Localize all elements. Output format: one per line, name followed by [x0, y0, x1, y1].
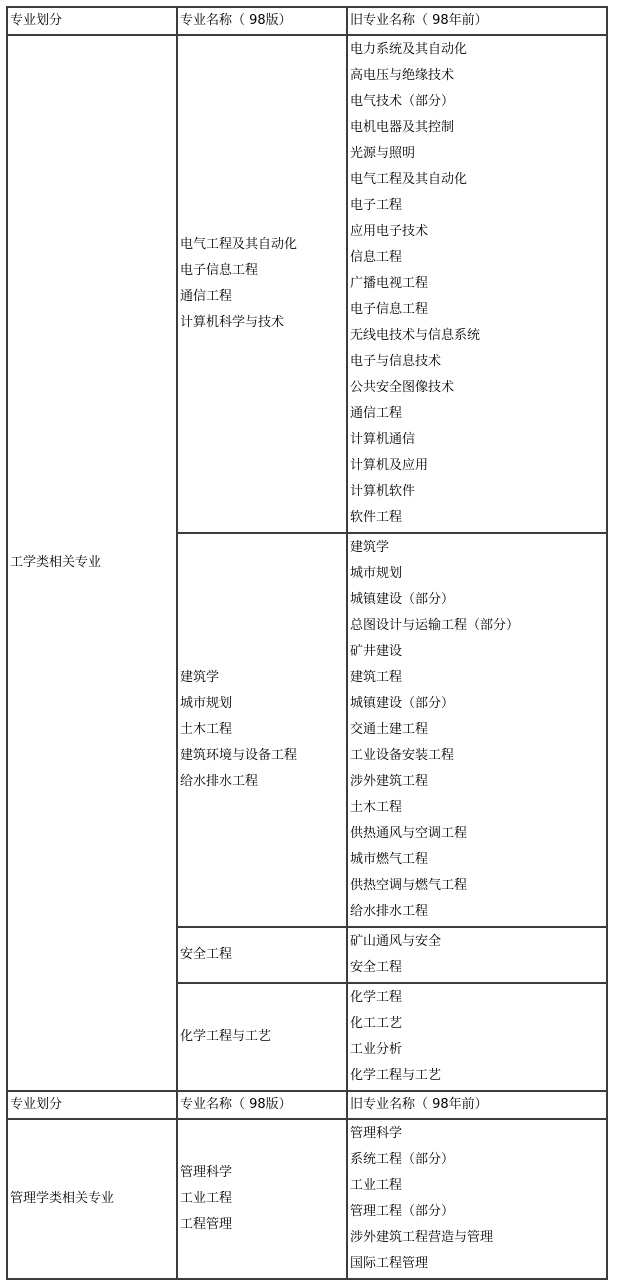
major-line: 应用电子技术 — [350, 219, 604, 245]
major-line: 通信工程 — [180, 284, 344, 310]
major-line: 系统工程（部分） — [350, 1147, 604, 1173]
major-line: 软件工程 — [350, 505, 604, 531]
major-line: 计算机及应用 — [350, 453, 604, 479]
major-line: 管理科学 — [180, 1160, 344, 1186]
major-line: 城市规划 — [180, 691, 344, 717]
major-line: 计算机软件 — [350, 479, 604, 505]
page: 专业划分 专业名称（ 98版） 旧专业名称（ 98年前） 工学类相关专业 电气工… — [0, 0, 624, 1286]
majors-98-cell: 化学工程与工艺 — [177, 983, 347, 1091]
majors-table: 专业划分 专业名称（ 98版） 旧专业名称（ 98年前） 工学类相关专业 电气工… — [6, 6, 608, 1280]
header-cell-old-major: 旧专业名称（ 98年前） — [347, 1091, 607, 1119]
major-line: 无线电技术与信息系统 — [350, 323, 604, 349]
major-line: 土木工程 — [180, 717, 344, 743]
major-line: 电子信息工程 — [180, 258, 344, 284]
major-line: 总图设计与运输工程（部分） — [350, 613, 604, 639]
major-line: 矿山通风与安全 — [350, 929, 604, 955]
major-line: 给水排水工程 — [350, 899, 604, 925]
major-line: 交通土建工程 — [350, 717, 604, 743]
major-line: 光源与照明 — [350, 141, 604, 167]
major-line: 信息工程 — [350, 245, 604, 271]
old-majors-cell: 化学工程化工工艺工业分析化学工程与工艺 — [347, 983, 607, 1091]
major-line: 高电压与绝缘技术 — [350, 63, 604, 89]
major-line: 工业分析 — [350, 1037, 604, 1063]
major-line: 城镇建设（部分） — [350, 587, 604, 613]
header-cell-division: 专业划分 — [7, 7, 177, 35]
major-line: 电子信息工程 — [350, 297, 604, 323]
major-line: 矿井建设 — [350, 639, 604, 665]
major-line: 城镇建设（部分） — [350, 691, 604, 717]
majors-98-cell: 电气工程及其自动化电子信息工程通信工程计算机科学与技术 — [177, 35, 347, 533]
major-line: 通信工程 — [350, 401, 604, 427]
header-cell-old-major: 旧专业名称（ 98年前） — [347, 7, 607, 35]
header-cell-division: 专业划分 — [7, 1091, 177, 1119]
major-line: 工业工程 — [350, 1173, 604, 1199]
major-line: 安全工程 — [180, 942, 344, 968]
major-line: 给水排水工程 — [180, 769, 344, 795]
major-line: 工业工程 — [180, 1186, 344, 1212]
major-line: 土木工程 — [350, 795, 604, 821]
major-line: 建筑学 — [180, 665, 344, 691]
major-line: 管理工程（部分） — [350, 1199, 604, 1225]
major-line: 涉外建筑工程 — [350, 769, 604, 795]
major-line: 公共安全图像技术 — [350, 375, 604, 401]
major-line: 电气技术（部分） — [350, 89, 604, 115]
major-line: 安全工程 — [350, 955, 604, 981]
majors-98-cell: 管理科学工业工程工程管理 — [177, 1119, 347, 1279]
header-cell-major-98: 专业名称（ 98版） — [177, 1091, 347, 1119]
old-majors-cell: 管理科学系统工程（部分）工业工程管理工程（部分）涉外建筑工程营造与管理国际工程管… — [347, 1119, 607, 1279]
major-line: 供热空调与燃气工程 — [350, 873, 604, 899]
majors-98-cell: 安全工程 — [177, 927, 347, 983]
major-line: 建筑环境与设备工程 — [180, 743, 344, 769]
major-line: 化学工程与工艺 — [350, 1063, 604, 1089]
major-line: 电气工程及其自动化 — [350, 167, 604, 193]
major-line: 计算机通信 — [350, 427, 604, 453]
major-line: 电子与信息技术 — [350, 349, 604, 375]
major-line: 城市规划 — [350, 561, 604, 587]
old-majors-cell: 电力系统及其自动化高电压与绝缘技术电气技术（部分）电机电器及其控制光源与照明电气… — [347, 35, 607, 533]
major-line: 工程管理 — [180, 1212, 344, 1238]
major-line: 电力系统及其自动化 — [350, 37, 604, 63]
major-line: 建筑学 — [350, 535, 604, 561]
management-group-row-1: 管理学类相关专业 管理科学工业工程工程管理 管理科学系统工程（部分）工业工程管理… — [7, 1119, 607, 1279]
header-row-2: 专业划分 专业名称（ 98版） 旧专业名称（ 98年前） — [7, 1091, 607, 1119]
engineering-group-row-1: 工学类相关专业 电气工程及其自动化电子信息工程通信工程计算机科学与技术 电力系统… — [7, 35, 607, 533]
major-line: 化学工程与工艺 — [180, 1024, 344, 1050]
major-line: 电气工程及其自动化 — [180, 232, 344, 258]
major-line: 电子工程 — [350, 193, 604, 219]
major-line: 工业设备安装工程 — [350, 743, 604, 769]
category-cell-management: 管理学类相关专业 — [7, 1119, 177, 1279]
major-line: 计算机科学与技术 — [180, 310, 344, 336]
major-line: 化工工艺 — [350, 1011, 604, 1037]
major-line: 供热通风与空调工程 — [350, 821, 604, 847]
category-cell-engineering: 工学类相关专业 — [7, 35, 177, 1091]
old-majors-cell: 矿山通风与安全安全工程 — [347, 927, 607, 983]
major-line: 电机电器及其控制 — [350, 115, 604, 141]
old-majors-cell: 建筑学城市规划城镇建设（部分）总图设计与运输工程（部分）矿井建设建筑工程城镇建设… — [347, 533, 607, 927]
major-line: 涉外建筑工程营造与管理 — [350, 1225, 604, 1251]
header-cell-major-98: 专业名称（ 98版） — [177, 7, 347, 35]
majors-98-cell: 建筑学城市规划土木工程建筑环境与设备工程给水排水工程 — [177, 533, 347, 927]
major-line: 化学工程 — [350, 985, 604, 1011]
major-line: 国际工程管理 — [350, 1251, 604, 1277]
header-row-1: 专业划分 专业名称（ 98版） 旧专业名称（ 98年前） — [7, 7, 607, 35]
major-line: 建筑工程 — [350, 665, 604, 691]
major-line: 广播电视工程 — [350, 271, 604, 297]
major-line: 城市燃气工程 — [350, 847, 604, 873]
major-line: 管理科学 — [350, 1121, 604, 1147]
